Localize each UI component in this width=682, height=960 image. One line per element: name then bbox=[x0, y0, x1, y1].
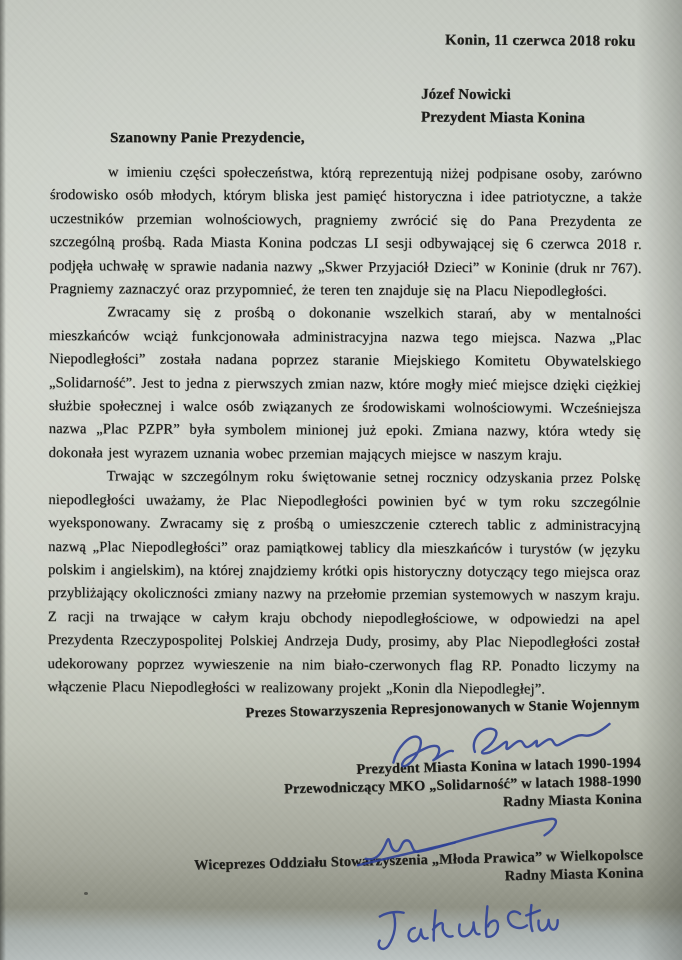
paragraph-3: Trwając w szczególnym roku świętowanie s… bbox=[47, 465, 640, 702]
paragraph-2: Zwracamy się z prośbą o dokonanie wszelk… bbox=[49, 301, 642, 468]
salutation: Szanowny Panie Prezydencie, bbox=[110, 130, 305, 147]
signature-3-name: Jakub Eltman bbox=[645, 946, 646, 947]
recipient-name: Józef Nowicki bbox=[421, 83, 585, 107]
date-line: Konin, 11 czerwca 2018 roku bbox=[445, 32, 636, 50]
recipient-title: Prezydent Miasta Konina bbox=[421, 106, 585, 130]
paper-speck bbox=[84, 892, 88, 895]
letter-photo: Konin, 11 czerwca 2018 roku Józef Nowick… bbox=[0, 0, 682, 960]
signature-area: Prezes Stowarzyszenia Represjonowanych w… bbox=[27, 695, 645, 960]
handwritten-signature-3 bbox=[369, 889, 561, 957]
letter-body: w imieniu części społeczeństwa, którą re… bbox=[47, 161, 642, 702]
recipient-block: Józef Nowicki Prezydent Miasta Konina bbox=[421, 83, 585, 130]
paragraph-1: w imieniu części społeczeństwa, którą re… bbox=[49, 161, 642, 304]
